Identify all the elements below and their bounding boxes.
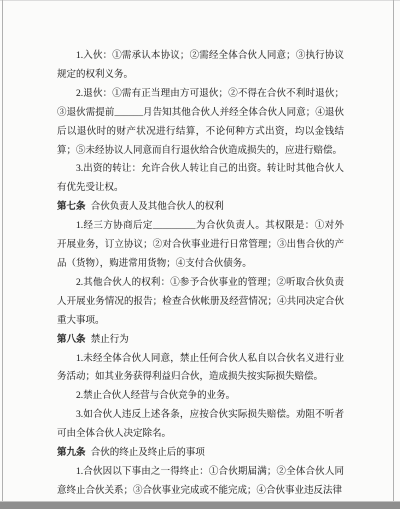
clause-paragraph: 1.合伙因以下事由之一得终止：①合伙期届满；②全体合伙人同意终止合伙关系；③合伙…	[57, 463, 344, 501]
clause-title: 合伙负责人及其他合伙人的权利	[91, 202, 224, 212]
clause-heading: 第七条合伙负责人及其他合伙人的权利	[57, 198, 344, 217]
contract-text-block: 1.入伙：①需承认本协议；②需经全体合伙人同意；③执行协议规定的权利义务。2.退…	[57, 47, 344, 501]
scanned-document-page: 1.入伙：①需承认本协议；②需经全体合伙人同意；③执行协议规定的权利义务。2.退…	[0, 0, 400, 509]
page-edge-bottom	[0, 501, 400, 509]
clause-title: 禁止行为	[91, 335, 129, 345]
clause-heading: 第八条禁止行为	[57, 331, 344, 350]
clause-paragraph: 1.入伙：①需承认本协议；②需经全体合伙人同意；③执行协议规定的权利义务。	[57, 47, 344, 85]
clause-paragraph: 1.经三方协商后定_________为合伙负责人。其权限是：①对外开展业务，订立…	[57, 217, 344, 274]
clause-heading: 第九条合伙的终止及终止后的事项	[57, 444, 344, 463]
clause-paragraph: 2.禁止合伙人经营与合伙竞争的业务。	[57, 387, 344, 406]
page-edge-left	[2, 0, 3, 502]
clause-paragraph: 1.未经全体合伙人同意，禁止任何合伙人私自以合伙名义进行业务活动；如其业务获得利…	[57, 350, 344, 388]
clause-title: 合伙的终止及终止后的事项	[91, 448, 205, 458]
clause-paragraph: 3.如合伙人违反上述各条，应按合伙实际损失赔偿。劝阻不听者可由全体合伙人决定除名…	[57, 406, 344, 444]
clause-paragraph: 2.退伙：①需有正当理由方可退伙；②不得在合伙不利时退伙；③退伙需提前_____…	[57, 85, 344, 161]
clause-paragraph: 3.出资的转让：允许合伙人转让自己的出资。转让时其他合伙人有优先受让权。	[57, 160, 344, 198]
clause-paragraph: 2.其他合伙人的权利：①参予合伙事业的管理；②听取合伙负责人开展业务情况的报告；…	[57, 274, 344, 331]
clause-number: 第八条	[57, 335, 86, 345]
page-edge-top	[0, 0, 400, 1]
clause-number: 第九条	[57, 448, 86, 458]
clause-number: 第七条	[57, 202, 86, 212]
page-edge-right	[393, 0, 394, 502]
